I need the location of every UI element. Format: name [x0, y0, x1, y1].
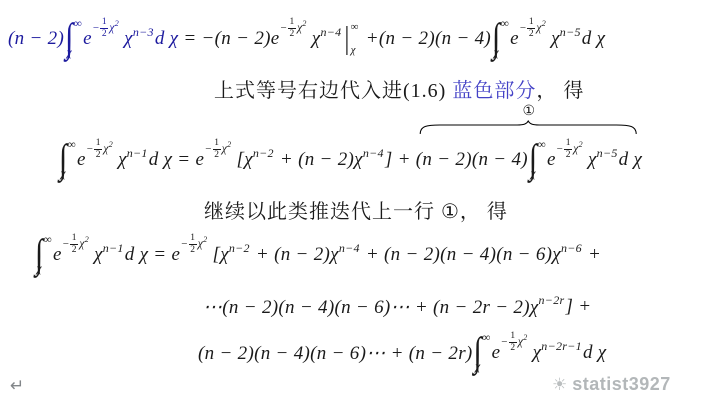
exponent-fraction: 12 — [100, 17, 108, 40]
integral-upper-limit: ∞ — [537, 140, 546, 152]
exponent: −12χ2 — [87, 138, 113, 161]
integral-upper-limit: ∞ — [501, 19, 510, 31]
integral-limits: ∞χ — [537, 140, 546, 180]
exponent-fraction: 12 — [94, 138, 102, 161]
math-text: = −(n − 2) — [178, 28, 270, 50]
text-run: 蓝色部分 — [452, 80, 536, 102]
exponential-base: e — [77, 149, 86, 171]
integral-limits: ∞χ — [44, 235, 53, 275]
fraction-denominator: 2 — [510, 343, 515, 354]
exponent-sign: − — [93, 22, 100, 34]
exponent: −12χ2 — [205, 138, 231, 161]
math-text: [χ — [231, 149, 252, 171]
math-text: d χ — [619, 149, 643, 171]
exponent-variable: χ2 — [103, 143, 113, 155]
exponent-fraction: 12 — [213, 138, 221, 161]
exponent-fraction: 12 — [70, 233, 78, 256]
exponential-base: e — [195, 149, 204, 171]
math-text: ] + — [565, 296, 591, 318]
exponent-variable-power: 2 — [542, 19, 546, 31]
exponent-fraction: 12 — [564, 138, 572, 161]
integral-limits: ∞χ — [482, 333, 491, 373]
overbrace-group: ①(n − 2)(n − 4)∫∞χe−12χ2 χn−5d χ — [416, 140, 642, 180]
fraction-numerator: 1 — [509, 331, 517, 343]
math-text: ⋯(n − 2)(n − 4)(n − 6)⋯ + (n − 2r − 2)χ — [203, 296, 539, 319]
math-text: d χ — [583, 342, 607, 364]
text-run: 继续以此类推迭代上一行 ①， 得 — [204, 201, 508, 223]
exponent-variable-power: 2 — [227, 140, 231, 152]
exponential: e−12χ2 — [492, 342, 528, 365]
equation-line-3-continued-2: (n − 2)(n − 4)(n − 6)⋯ + (n − 2r)∫∞χe−12… — [198, 326, 606, 380]
math-text: (n − 2) — [8, 28, 64, 50]
exponent-fraction: 12 — [288, 17, 296, 40]
integral: ∫∞χ — [492, 19, 509, 59]
text-run: 上式等号右边代入进(1.6) — [214, 80, 452, 102]
fraction-denominator: 2 — [566, 150, 571, 161]
superscript: n−3 — [133, 25, 154, 40]
math-text: + (n − 2)χ — [251, 244, 339, 266]
superscript: n−2 — [229, 241, 250, 256]
fraction-numerator: 1 — [564, 138, 572, 150]
fraction-numerator: 1 — [70, 233, 78, 245]
math-text: +(n − 2)(n − 4) — [361, 28, 491, 50]
math-text: χ — [546, 28, 560, 50]
equation-segment: (n − 2)(n − 4)(n − 6)⋯ + (n − 2r)∫∞χe−12… — [198, 333, 606, 373]
superscript: n−1 — [103, 241, 124, 256]
overbrace-content: (n − 2)(n − 4)∫∞χe−12χ2 χn−5d χ — [416, 140, 642, 180]
math-text: + (n − 2)χ — [275, 149, 363, 171]
equation-segment: (n − 2)∫∞χe−12χ2 χn−3d χ — [8, 19, 178, 59]
exponential: e−12χ2 — [53, 244, 89, 267]
math-text: (n − 2)(n − 4)(n − 6)⋯ + (n − 2r) — [198, 342, 473, 365]
exponential: e−12χ2 — [77, 149, 113, 172]
exponential-base: e — [53, 244, 62, 266]
evaluation-upper-limit: ∞ — [351, 22, 359, 33]
exponential: e−12χ2 — [195, 149, 231, 172]
superscript: n−6 — [561, 241, 582, 256]
sun-logo-icon: ☀ — [552, 375, 567, 395]
exponent-variable: χ2 — [198, 238, 208, 250]
superscript: n−2 — [253, 146, 274, 161]
exponent: −12χ2 — [280, 17, 306, 40]
superscript: n−2r — [539, 293, 565, 308]
exponent-sign: − — [280, 22, 287, 34]
fraction-denominator: 2 — [290, 29, 295, 40]
superscript: n−2r−1 — [541, 339, 582, 354]
equation-segment: = −(n − 2)e−12χ2 χn−4|∞χ +(n − 2)(n − 4)… — [178, 19, 605, 59]
fraction-denominator: 2 — [102, 29, 107, 40]
integral: ∫∞χ — [65, 19, 82, 59]
exponent-fraction: 12 — [189, 233, 197, 256]
integral-limits: ∞χ — [501, 19, 510, 59]
exponent-sign: − — [63, 238, 70, 250]
exponential-base: e — [510, 28, 519, 50]
exponent-variable: χ2 — [222, 143, 232, 155]
exponent-variable: χ2 — [573, 143, 583, 155]
math-text: (n − 2)(n − 4) — [416, 149, 528, 171]
exponent-variable-power: 2 — [302, 19, 306, 31]
exponent-variable-power: 2 — [85, 235, 89, 247]
integral: ∫∞χ — [474, 333, 491, 373]
integral: ∫∞χ — [35, 235, 52, 275]
integral-lower-limit: χ — [494, 48, 503, 60]
exponential-base: e — [171, 244, 180, 266]
equation-segment: ⋯(n − 2)(n − 4)(n − 6)⋯ + (n − 2r − 2)χn… — [203, 296, 591, 319]
equation-segment: ∫∞χe−12χ2 χn−1d χ = e−12χ2 [χn−2 + (n − … — [58, 140, 642, 180]
fraction-numerator: 1 — [189, 233, 197, 245]
equation-segment: ∫∞χe−12χ2 χn−1d χ = e−12χ2 [χn−2 + (n − … — [34, 235, 601, 275]
superscript: n−1 — [127, 146, 148, 161]
exponential-base: e — [83, 28, 92, 50]
integral: ∫∞χ — [529, 140, 546, 180]
superscript: n−4 — [339, 241, 360, 256]
integral-lower-limit: χ — [67, 48, 76, 60]
math-text: d χ — [582, 28, 606, 50]
equation-line-3: ∫∞χe−12χ2 χn−1d χ = e−12χ2 [χn−2 + (n − … — [34, 228, 601, 282]
exponent-variable: χ2 — [518, 336, 528, 348]
integral-upper-limit: ∞ — [44, 235, 53, 247]
exponent-variable-power: 2 — [523, 333, 527, 345]
exponent: −12χ2 — [63, 233, 89, 256]
fraction-numerator: 1 — [213, 138, 221, 150]
paragraph-return-icon: ↵ — [10, 376, 24, 396]
exponential: e−12χ2 — [547, 149, 583, 172]
integral-lower-limit: χ — [530, 169, 539, 181]
evaluation-bar: |∞χ — [344, 22, 358, 56]
exponent: −12χ2 — [181, 233, 207, 256]
exponent: −12χ2 — [501, 331, 527, 354]
exponential-base: e — [492, 342, 501, 364]
math-text: χ — [528, 342, 542, 364]
exponent-sign: − — [205, 143, 212, 155]
exponential-base: e — [271, 28, 280, 50]
exponent-sign: − — [181, 238, 188, 250]
evaluation-bar-limits: ∞χ — [351, 22, 359, 56]
exponent-variable: χ2 — [536, 22, 546, 34]
exponent-variable: χ2 — [79, 238, 89, 250]
math-text: d χ = — [125, 244, 172, 266]
fraction-denominator: 2 — [72, 245, 77, 256]
text-run: ， 得 — [536, 80, 584, 102]
exponent: −12χ2 — [557, 138, 583, 161]
text-line-substitute: 上式等号右边代入进(1.6) 蓝色部分， 得 — [214, 74, 584, 103]
superscript: n−5 — [560, 25, 581, 40]
fraction-numerator: 1 — [100, 17, 108, 29]
fraction-numerator: 1 — [288, 17, 296, 29]
evaluation-bar-icon: | — [344, 23, 349, 54]
superscript: n−5 — [597, 146, 618, 161]
math-text: χ — [89, 244, 103, 266]
exponent-variable-power: 2 — [203, 235, 207, 247]
watermark: ☀ statist3927 — [552, 374, 671, 395]
superscript: n−4 — [320, 25, 341, 40]
exponent-variable: χ2 — [297, 22, 307, 34]
overbrace-label: ① — [523, 103, 536, 120]
math-text: χ — [113, 149, 127, 171]
exponential: e−12χ2 — [83, 28, 119, 51]
math-text: d χ = — [149, 149, 196, 171]
equation-line-2: ∫∞χe−12χ2 χn−1d χ = e−12χ2 [χn−2 + (n − … — [58, 133, 642, 187]
exponent: −12χ2 — [520, 17, 546, 40]
exponent-sign: − — [557, 143, 564, 155]
fraction-numerator: 1 — [94, 138, 102, 150]
exponent-sign: − — [501, 336, 508, 348]
math-text: + (n − 2)(n − 4)(n − 6)χ — [361, 244, 561, 266]
exponential: e−12χ2 — [510, 28, 546, 51]
integral: ∫∞χ — [59, 140, 76, 180]
fraction-denominator: 2 — [529, 29, 534, 40]
math-text: χ — [307, 28, 321, 50]
exponent-sign: − — [87, 143, 94, 155]
document-page: (n − 2)∫∞χe−12χ2 χn−3d χ = −(n − 2)e−12χ… — [0, 0, 717, 414]
fraction-denominator: 2 — [96, 150, 101, 161]
exponent-variable-power: 2 — [579, 140, 583, 152]
exponential-base: e — [547, 149, 556, 171]
integral-upper-limit: ∞ — [68, 140, 77, 152]
integral-limits: ∞χ — [68, 140, 77, 180]
integral-upper-limit: ∞ — [482, 333, 491, 345]
math-text: d χ — [155, 28, 179, 50]
equation-line-1: (n − 2)∫∞χe−12χ2 χn−3d χ = −(n − 2)e−12χ… — [8, 12, 605, 66]
exponent-fraction: 12 — [509, 331, 517, 354]
exponent-variable-power: 2 — [109, 140, 113, 152]
math-text: χ — [119, 28, 133, 50]
exponential: e−12χ2 — [171, 244, 207, 267]
math-text: [χ — [207, 244, 228, 266]
overbrace-icon — [418, 120, 638, 134]
fraction-denominator: 2 — [190, 245, 195, 256]
fraction-numerator: 1 — [527, 17, 535, 29]
integral-lower-limit: χ — [37, 264, 46, 276]
integral-upper-limit: ∞ — [74, 19, 83, 31]
text-line-iterate: 继续以此类推迭代上一行 ①， 得 — [204, 195, 508, 224]
exponential: e−12χ2 — [271, 28, 307, 51]
exponent-variable: χ2 — [109, 22, 119, 34]
math-text: ] + — [385, 149, 416, 171]
exponent-sign: − — [520, 22, 527, 34]
math-text: + — [583, 244, 601, 266]
superscript: n−4 — [363, 146, 384, 161]
exponent: −12χ2 — [93, 17, 119, 40]
integral-lower-limit: χ — [475, 362, 484, 374]
exponent-fraction: 12 — [527, 17, 535, 40]
math-text: χ — [583, 149, 597, 171]
integral-limits: ∞χ — [74, 19, 83, 59]
fraction-denominator: 2 — [214, 150, 219, 161]
evaluation-lower-limit: χ — [351, 45, 359, 56]
integral-lower-limit: χ — [61, 169, 70, 181]
watermark-text: statist3927 — [572, 374, 671, 395]
exponent-variable-power: 2 — [115, 19, 119, 31]
